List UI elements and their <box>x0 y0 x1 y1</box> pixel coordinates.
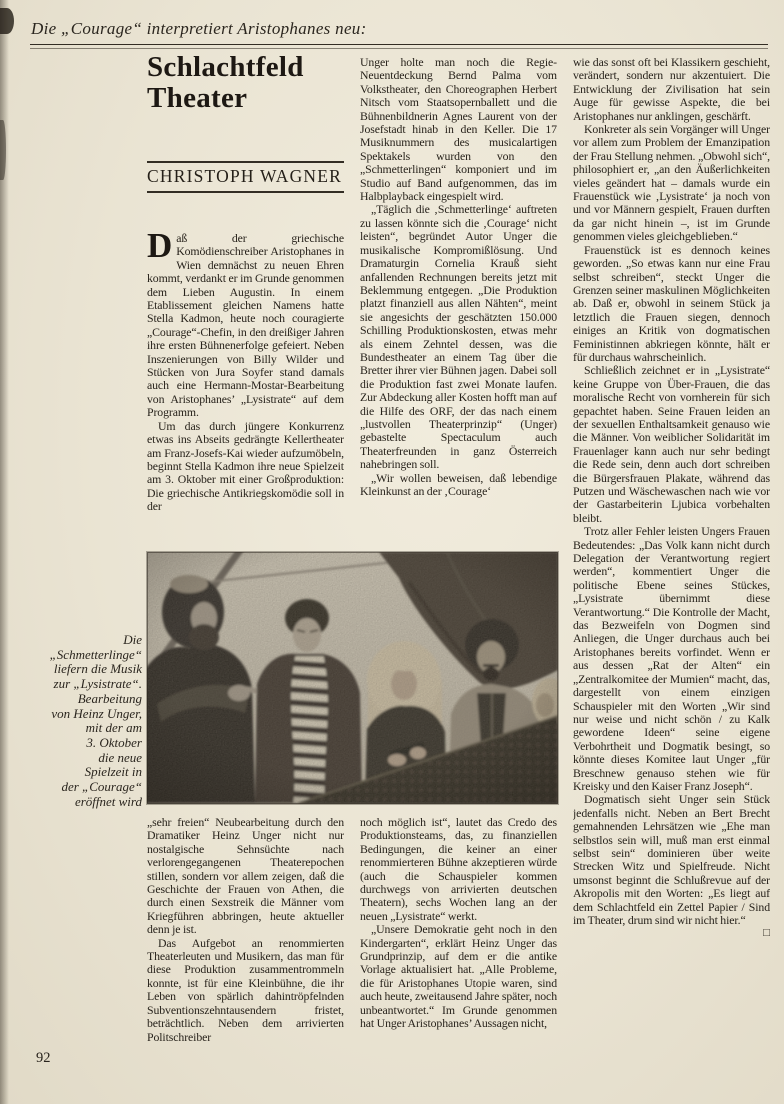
magazine-page: Die „Courage“ interpretiert Aristophanes… <box>0 0 784 1104</box>
paragraph: Dogmatisch sieht Unger sein Stück jedenf… <box>573 793 770 927</box>
photo-caption-line: „Schmetterlinge“ <box>24 648 142 663</box>
paragraph-text: aß der griechische Komödienschreiber Ari… <box>147 232 344 419</box>
photo-caption-line: die neue <box>24 751 142 766</box>
photo-caption-line: Die <box>24 633 142 648</box>
photo-caption-line: von Heinz Unger, <box>24 707 142 722</box>
article-title: Schlachtfeld Theater <box>147 52 362 114</box>
photo-caption-line: der „Courage“ <box>24 780 142 795</box>
photo-caption-line: zur „Lysistrate“. <box>24 677 142 692</box>
paragraph: „Täglich die ‚Schmetterlinge‘ auftreten … <box>360 203 557 471</box>
page-number: 92 <box>36 1050 51 1067</box>
ensemble-photo-graphic <box>147 552 558 804</box>
column1-upper: Daß der griechische Komödienschreiber Ar… <box>147 232 344 550</box>
ensemble-photo <box>147 552 558 804</box>
paragraph: „Unsere Demokratie geht noch in den Kind… <box>360 923 557 1030</box>
paragraph: Daß der griechische Komödienschreiber Ar… <box>147 232 344 420</box>
author-byline: CHRISTOPH WAGNER <box>147 161 344 193</box>
paragraph: wie das sonst oft bei Klassikern geschie… <box>573 56 770 123</box>
header-rule <box>30 44 768 49</box>
end-of-article-mark-icon: □ <box>763 927 770 940</box>
column2-upper: Unger holte man noch die Regie-Neuentdec… <box>360 56 557 550</box>
paragraph: Unger holte man noch die Regie-Neuentdec… <box>360 56 557 203</box>
column3: wie das sonst oft bei Klassikern geschie… <box>573 56 770 1052</box>
paragraph: noch möglich ist“, lautet das Credo des … <box>360 816 557 923</box>
drop-cap: D <box>147 232 176 259</box>
kicker-headline: Die „Courage“ interpretiert Aristophanes… <box>31 19 751 39</box>
column2-lower: noch möglich ist“, lautet das Credo des … <box>360 816 557 1052</box>
photo-caption-line: liefern die Musik <box>24 662 142 677</box>
scan-blot <box>0 120 6 180</box>
paragraph: „sehr freien“ Neubearbeitung durch den D… <box>147 816 344 937</box>
paragraph: „Wir wollen beweisen, daß lebendige Klei… <box>360 472 557 499</box>
scan-blot <box>0 8 14 34</box>
paragraph: Um das durch jüngere Konkurrenz etwas in… <box>147 420 344 514</box>
column1-lower: „sehr freien“ Neubearbeitung durch den D… <box>147 816 344 1052</box>
photo-caption-line: Bearbeitung <box>24 692 142 707</box>
photo-caption-line: Spielzeit in <box>24 765 142 780</box>
photo-caption-line: eröffnet wird <box>24 795 142 810</box>
paragraph: Frauenstück ist es dennoch keines geword… <box>573 244 770 365</box>
photo-caption-line: mit der am <box>24 721 142 736</box>
article-title-line1: Schlachtfeld <box>147 52 362 83</box>
article-title-line2: Theater <box>147 83 362 114</box>
paragraph: Das Aufgebot an renommierten Theaterleut… <box>147 937 344 1044</box>
paragraph: Konkreter als sein Vorgänger will Unger … <box>573 123 770 244</box>
paragraph: Trotz aller Fehler leisten Ungers Frauen… <box>573 525 770 793</box>
paragraph: Schließlich zeichnet er in „Lysistrate“ … <box>573 364 770 525</box>
photo-caption-line: 3. Oktober <box>24 736 142 751</box>
photo-caption: Die „Schmetterlinge“ liefern die Musik z… <box>24 633 142 809</box>
end-of-article-line: □ <box>573 927 770 941</box>
